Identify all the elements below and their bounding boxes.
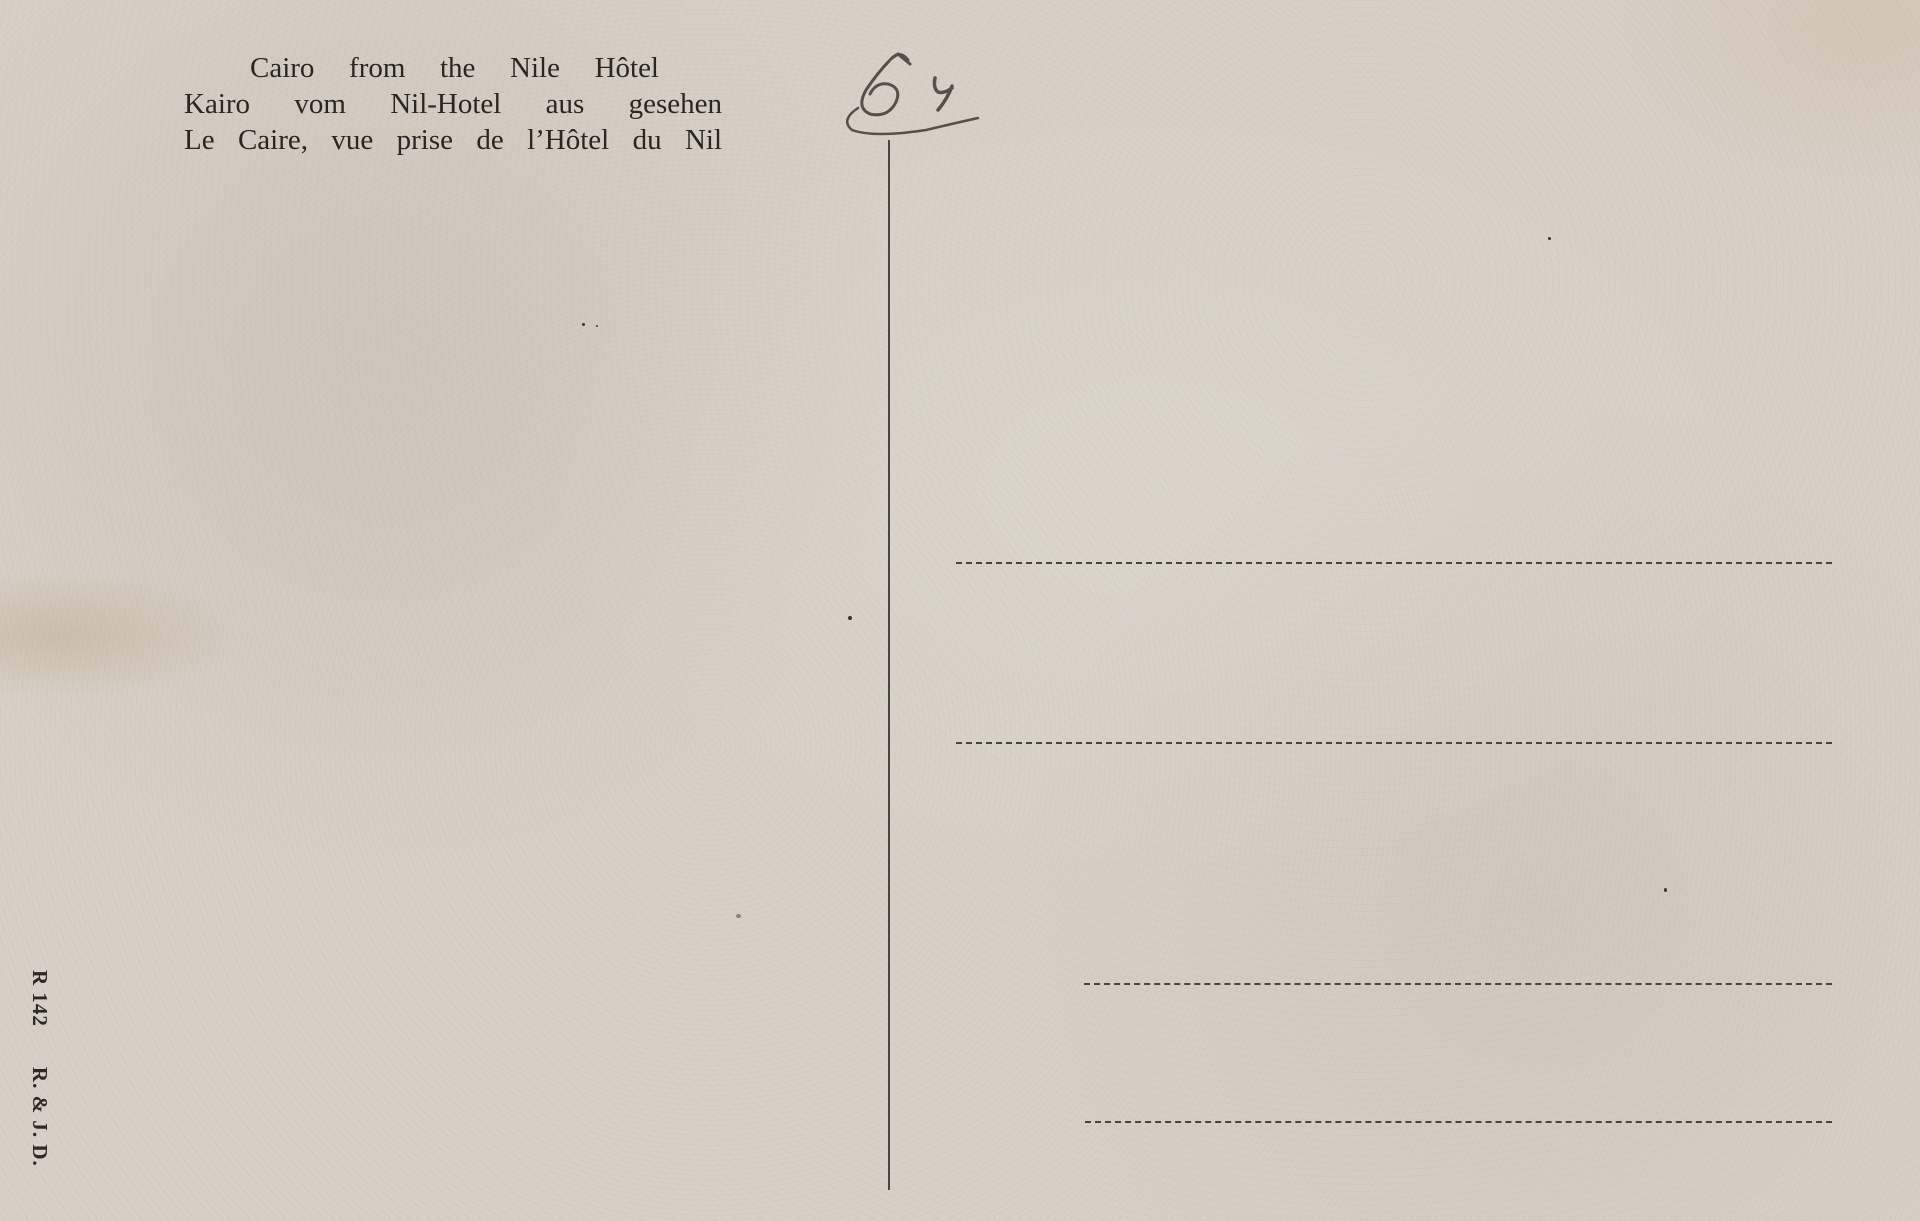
center-divider-line	[888, 140, 890, 1190]
handwritten-note-64: 64	[830, 30, 990, 140]
caption-german: Kairo vom Nil-Hotel aus gesehen	[184, 86, 722, 122]
paper-speck	[582, 323, 585, 326]
paper-speck	[596, 325, 598, 327]
address-line-2	[956, 742, 1832, 744]
publisher-mark: R 142R. & J. D.	[28, 970, 52, 1205]
paper-speck	[848, 616, 852, 620]
postcard-back: Cairo from the Nile Hôtel Kairo vom Nil-…	[0, 0, 1920, 1221]
series-number: R 142	[28, 970, 52, 1027]
caption-french: Le Caire, vue prise de l’Hôtel du Nil	[184, 122, 722, 158]
publisher-name: R. & J. D.	[28, 1067, 52, 1167]
paper-speck	[1664, 888, 1667, 892]
paper-speck	[736, 914, 741, 918]
address-line-4	[1085, 1121, 1832, 1123]
paper-speck	[1548, 237, 1551, 240]
caption-block: Cairo from the Nile Hôtel Kairo vom Nil-…	[184, 50, 722, 158]
caption-english: Cairo from the Nile Hôtel	[184, 50, 722, 86]
address-line-3	[1084, 983, 1832, 985]
address-line-1	[956, 562, 1832, 564]
